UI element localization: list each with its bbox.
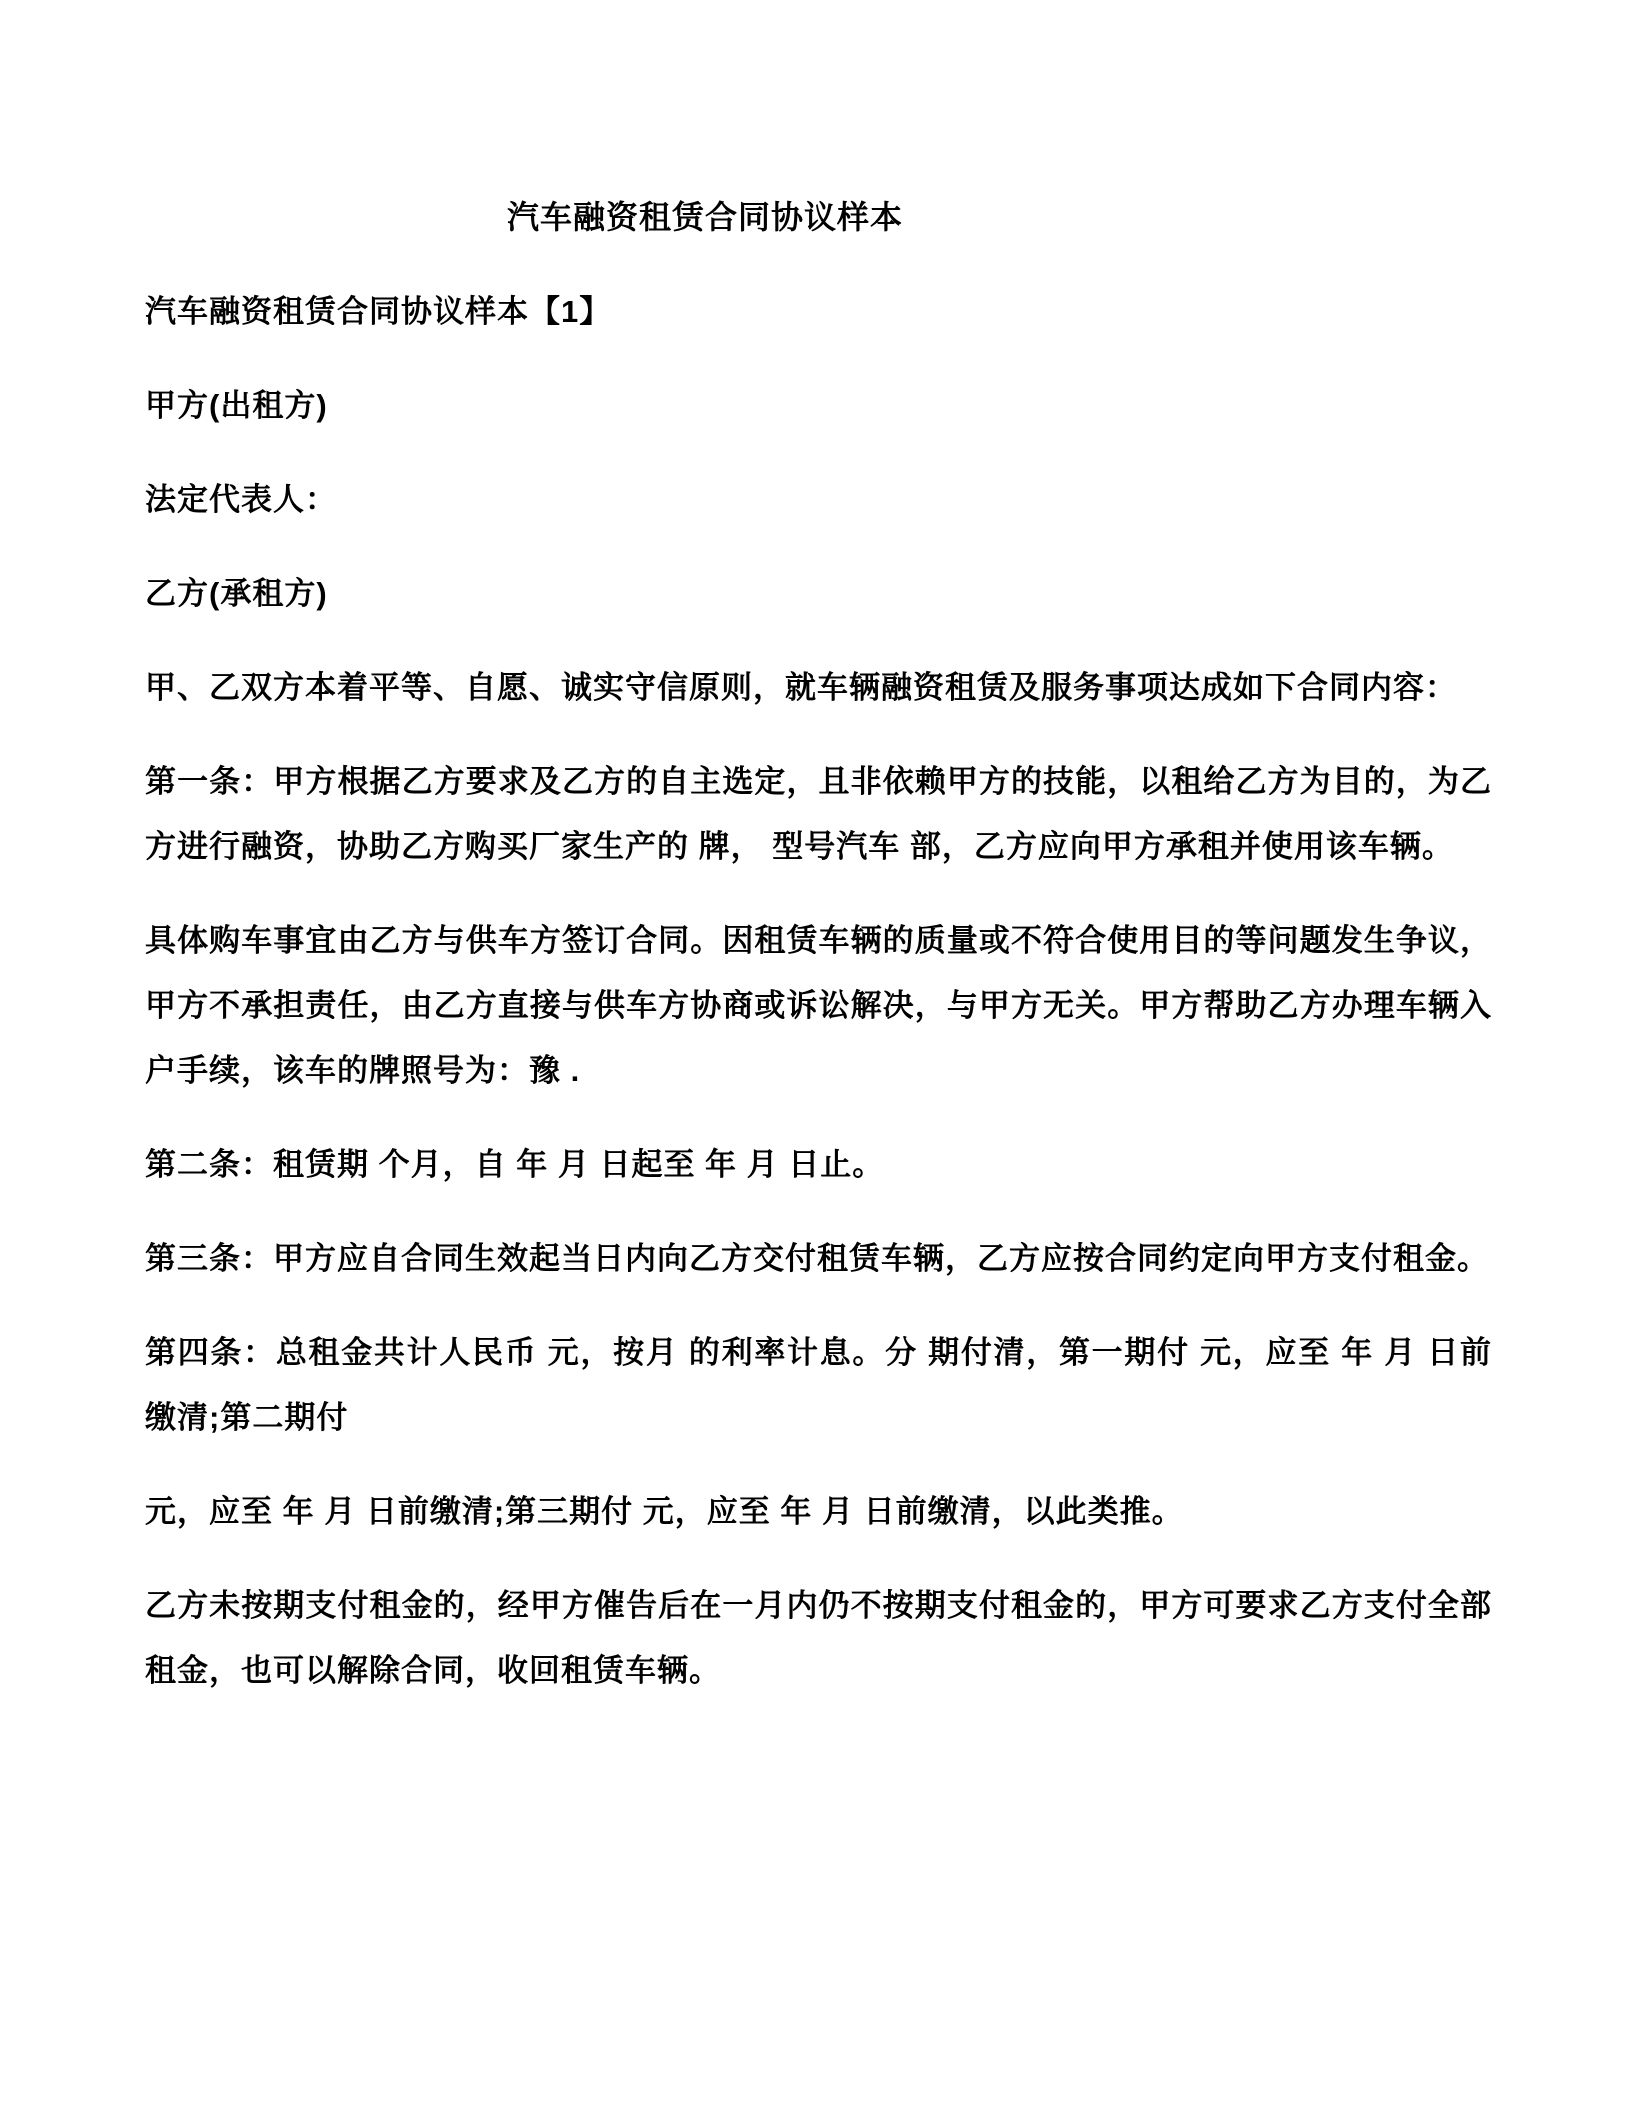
paragraph-preamble: 甲、乙双方本着平等、自愿、诚实守信原则，就车辆融资租赁及服务事项达成如下合同内容… — [145, 655, 1492, 720]
document-page: 汽车融资租赁合同协议样本 汽车融资租赁合同协议样本【1】 甲方(出租方) 法定代… — [0, 0, 1632, 2112]
paragraph-article-1: 第一条：甲方根据乙方要求及乙方的自主选定，且非依赖甲方的技能，以租给乙方为目的，… — [145, 749, 1492, 879]
paragraph-article-1-detail: 具体购车事宜由乙方与供车方签订合同。因租赁车辆的质量或不符合使用目的等问题发生争… — [145, 908, 1492, 1103]
paragraph-legal-representative: 法定代表人： — [145, 467, 1492, 532]
paragraph-subtitle: 汽车融资租赁合同协议样本【1】 — [145, 279, 1492, 344]
paragraph-party-b: 乙方(承租方) — [145, 561, 1492, 626]
paragraph-article-4-continued: 元，应至 年 月 日前缴清;第三期付 元，应至 年 月 日前缴清，以此类推。 — [145, 1479, 1492, 1544]
document-title: 汽车融资租赁合同协议样本 — [145, 185, 1265, 250]
paragraph-party-a: 甲方(出租方) — [145, 373, 1492, 438]
paragraph-article-3: 第三条：甲方应自合同生效起当日内向乙方交付租赁车辆，乙方应按合同约定向甲方支付租… — [145, 1226, 1492, 1291]
paragraph-overdue-clause: 乙方未按期支付租金的，经甲方催告后在一月内仍不按期支付租金的，甲方可要求乙方支付… — [145, 1573, 1492, 1703]
document-title-text: 汽车融资租赁合同协议样本 — [507, 199, 903, 235]
paragraph-article-2: 第二条：租赁期 个月，自 年 月 日起至 年 月 日止。 — [145, 1132, 1492, 1197]
paragraph-article-4: 第四条：总租金共计人民币 元，按月 的利率计息。分 期付清，第一期付 元，应至 … — [145, 1320, 1492, 1450]
